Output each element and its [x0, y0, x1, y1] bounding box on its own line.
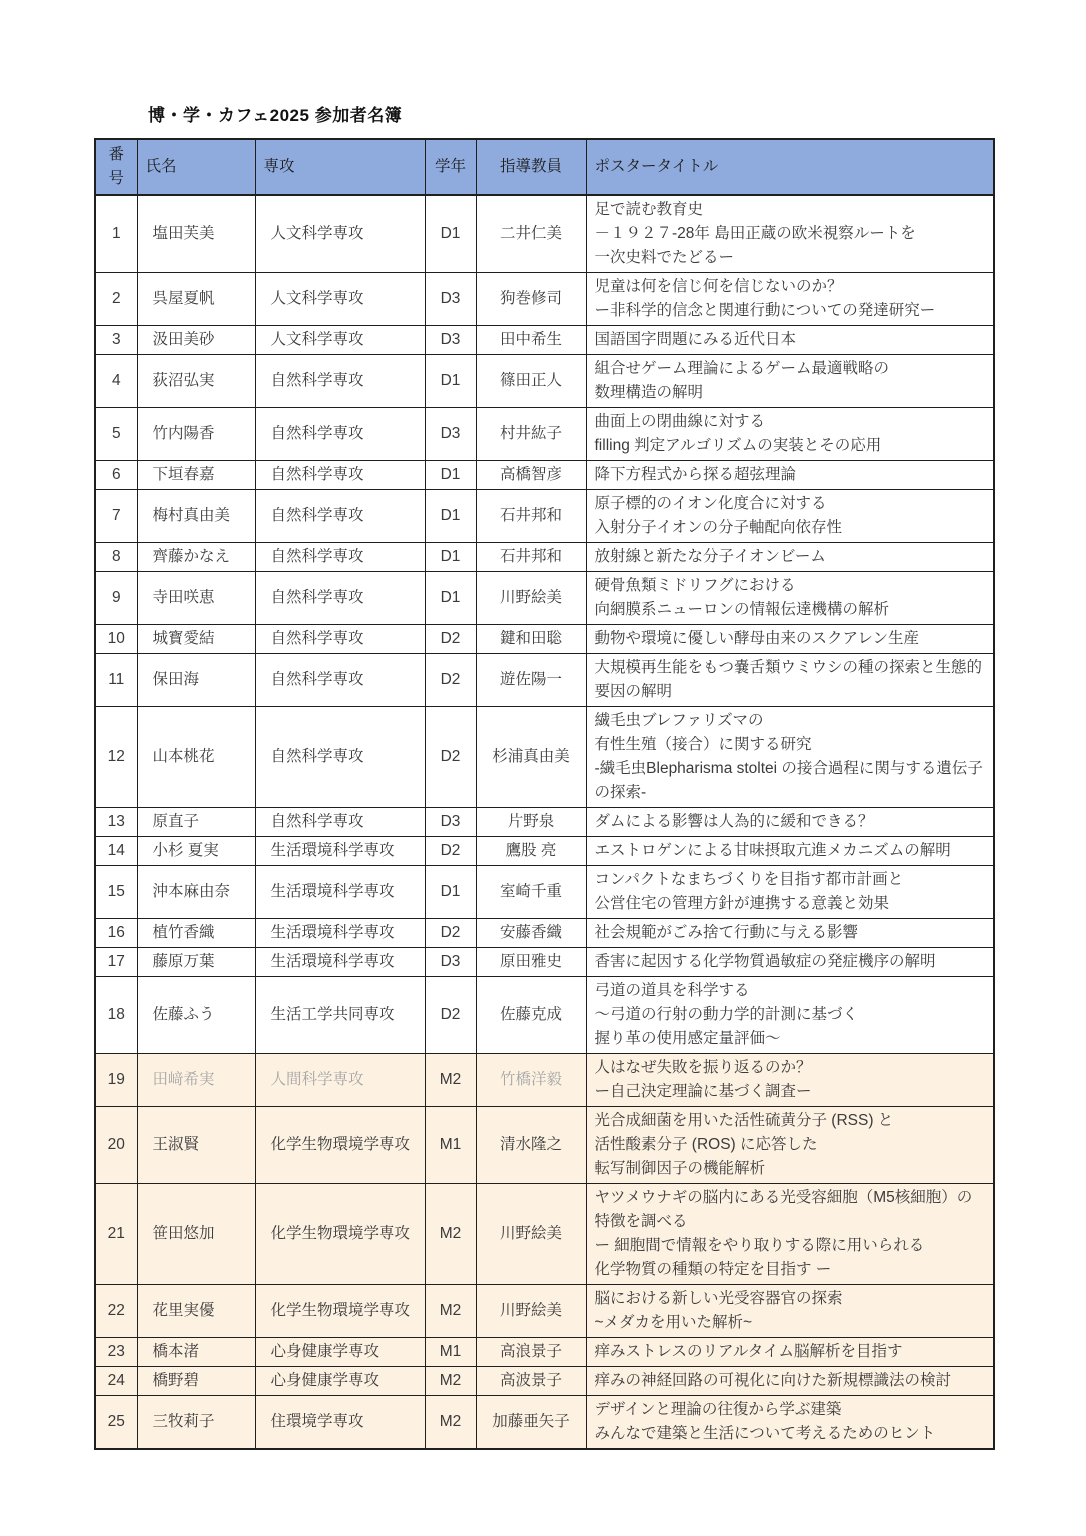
cell-major: 化学生物環境学専攻: [255, 1285, 425, 1338]
cell-major: 生活環境科学専攻: [255, 919, 425, 948]
cell-major: 化学生物環境学専攻: [255, 1184, 425, 1285]
table-row: 13原直子自然科学専攻D3片野泉ダムによる影響は人為的に緩和できる？: [95, 808, 994, 837]
cell-number: 16: [95, 919, 137, 948]
cell-advisor: 竹橋洋毅: [476, 1054, 586, 1107]
cell-poster-title: ダムによる影響は人為的に緩和できる？: [586, 808, 994, 837]
cell-poster-title: 国語国字問題にみる近代日本: [586, 326, 994, 355]
table-row: 3汲田美砂人文科学専攻D3田中希生国語国字問題にみる近代日本: [95, 326, 994, 355]
table-row: 15沖本麻由奈生活環境科学専攻D1室崎千重コンパクトなまちづくりを目指す都市計画…: [95, 866, 994, 919]
header-number: 番号: [95, 139, 137, 195]
cell-major: 自然科学専攻: [255, 654, 425, 707]
cell-poster-title: デザインと理論の往復から学ぶ建築 みんなで建築と生活について考えるためのヒント: [586, 1396, 994, 1450]
table-row: 9寺田咲恵自然科学専攻D1川野絵美硬骨魚類ミドリフグにおける 向網膜系ニューロン…: [95, 572, 994, 625]
cell-name: 花里実優: [137, 1285, 255, 1338]
page-title: 博・学・カフェ2025 参加者名簿: [148, 101, 993, 126]
cell-advisor: 杉浦真由美: [476, 707, 586, 808]
cell-name: 原直子: [137, 808, 255, 837]
header-poster-title: ポスタータイトル: [586, 139, 994, 195]
cell-advisor: 石井邦和: [476, 543, 586, 572]
cell-grade: D3: [425, 326, 476, 355]
cell-number: 13: [95, 808, 137, 837]
table-row: 25三牧莉子住環境学専攻M2加藤亜矢子デザインと理論の往復から学ぶ建築 みんなで…: [95, 1396, 994, 1450]
cell-major: 自然科学専攻: [255, 461, 425, 490]
cell-name: 下垣春嘉: [137, 461, 255, 490]
cell-number: 9: [95, 572, 137, 625]
cell-poster-title: 足で読む教育史 －１９２７-28年 島田正蔵の欧米視察ルートを 一次史料でたどる…: [586, 195, 994, 273]
cell-grade: M1: [425, 1338, 476, 1367]
cell-major: 人文科学専攻: [255, 326, 425, 355]
cell-major: 生活工学共同専攻: [255, 977, 425, 1054]
cell-poster-title: 人はなぜ失敗を振り返るのか？ ー自己決定理論に基づく調査ー: [586, 1054, 994, 1107]
cell-poster-title: 痒みストレスのリアルタイム脳解析を目指す: [586, 1338, 994, 1367]
cell-grade: D1: [425, 461, 476, 490]
cell-name: 齊藤かなえ: [137, 543, 255, 572]
cell-name: 王淑賢: [137, 1107, 255, 1184]
cell-advisor: 川野絵美: [476, 572, 586, 625]
cell-poster-title: 降下方程式から探る超弦理論: [586, 461, 994, 490]
cell-name: 汲田美砂: [137, 326, 255, 355]
cell-number: 14: [95, 837, 137, 866]
cell-number: 2: [95, 273, 137, 326]
cell-number: 7: [95, 490, 137, 543]
cell-poster-title: 大規模再生能をもつ嚢舌類ウミウシの種の探索と生態的要因の解明: [586, 654, 994, 707]
cell-number: 15: [95, 866, 137, 919]
cell-grade: D1: [425, 195, 476, 273]
cell-number: 3: [95, 326, 137, 355]
cell-poster-title: ヤツメウナギの脳内にある光受容細胞（M5核細胞）の 特徴を調べる ー 細胞間で情…: [586, 1184, 994, 1285]
cell-major: 人文科学専攻: [255, 273, 425, 326]
cell-number: 11: [95, 654, 137, 707]
cell-grade: D3: [425, 273, 476, 326]
cell-major: 自然科学専攻: [255, 572, 425, 625]
cell-name: 藤原万葉: [137, 948, 255, 977]
cell-grade: M2: [425, 1285, 476, 1338]
cell-number: 5: [95, 408, 137, 461]
cell-poster-title: エストロゲンによる甘味摂取亢進メカニズムの解明: [586, 837, 994, 866]
cell-grade: D2: [425, 625, 476, 654]
table-row: 24橋野碧心身健康学専攻M2高波景子痒みの神経回路の可視化に向けた新規標識法の検…: [95, 1367, 994, 1396]
cell-advisor: 田中希生: [476, 326, 586, 355]
cell-advisor: 高橋智彦: [476, 461, 586, 490]
cell-name: 荻沼弘実: [137, 355, 255, 408]
cell-poster-title: 曲面上の閉曲線に対する filling 判定アルゴリズムの実装とその応用: [586, 408, 994, 461]
cell-major: 自然科学専攻: [255, 490, 425, 543]
cell-name: 沖本麻由奈: [137, 866, 255, 919]
table-row: 21笹田悠加化学生物環境学専攻M2川野絵美ヤツメウナギの脳内にある光受容細胞（M…: [95, 1184, 994, 1285]
cell-name: 梅村真由美: [137, 490, 255, 543]
cell-advisor: 原田雅史: [476, 948, 586, 977]
cell-grade: D1: [425, 543, 476, 572]
cell-number: 24: [95, 1367, 137, 1396]
cell-name: 橋本渚: [137, 1338, 255, 1367]
table-row: 8齊藤かなえ自然科学専攻D1石井邦和放射線と新たな分子イオンビーム: [95, 543, 994, 572]
table-row: 6下垣春嘉自然科学専攻D1高橋智彦降下方程式から探る超弦理論: [95, 461, 994, 490]
header-advisor: 指導教員: [476, 139, 586, 195]
cell-grade: D2: [425, 707, 476, 808]
roster-document: 博・学・カフェ2025 参加者名簿 番号 氏名 専攻 学年 指導教員 ポスタータ…: [94, 101, 993, 1450]
cell-advisor: 佐藤克成: [476, 977, 586, 1054]
table-row: 10城寳愛結自然科学専攻D2鍵和田聡動物や環境に優しい酵母由来のスクアレン生産: [95, 625, 994, 654]
cell-grade: M2: [425, 1367, 476, 1396]
cell-advisor: 加藤亜矢子: [476, 1396, 586, 1450]
header-name: 氏名: [137, 139, 255, 195]
cell-major: 心身健康学専攻: [255, 1367, 425, 1396]
cell-major: 自然科学専攻: [255, 408, 425, 461]
cell-grade: D1: [425, 866, 476, 919]
cell-advisor: 清水隆之: [476, 1107, 586, 1184]
cell-advisor: 高波景子: [476, 1367, 586, 1396]
cell-advisor: 安藤香織: [476, 919, 586, 948]
cell-number: 8: [95, 543, 137, 572]
cell-poster-title: 硬骨魚類ミドリフグにおける 向網膜系ニューロンの情報伝達機構の解析: [586, 572, 994, 625]
cell-number: 23: [95, 1338, 137, 1367]
cell-poster-title: 組合せゲーム理論によるゲーム最適戦略の 数理構造の解明: [586, 355, 994, 408]
cell-grade: D2: [425, 919, 476, 948]
cell-advisor: 石井邦和: [476, 490, 586, 543]
cell-major: 自然科学専攻: [255, 625, 425, 654]
cell-number: 25: [95, 1396, 137, 1450]
cell-grade: D3: [425, 948, 476, 977]
table-body: 1塩田芙美人文科学専攻D1二井仁美足で読む教育史 －１９２７-28年 島田正蔵の…: [95, 195, 994, 1449]
cell-grade: D1: [425, 490, 476, 543]
cell-name: 呉屋夏帆: [137, 273, 255, 326]
cell-advisor: 室崎千重: [476, 866, 586, 919]
cell-poster-title: 光合成細菌を用いた活性硫黄分子 (RSS) と 活性酸素分子 (ROS) に応答…: [586, 1107, 994, 1184]
cell-number: 10: [95, 625, 137, 654]
cell-name: 保田海: [137, 654, 255, 707]
cell-major: 自然科学専攻: [255, 707, 425, 808]
cell-major: 生活環境科学専攻: [255, 866, 425, 919]
table-row: 11保田海自然科学専攻D2遊佐陽一大規模再生能をもつ嚢舌類ウミウシの種の探索と生…: [95, 654, 994, 707]
cell-poster-title: 動物や環境に優しい酵母由来のスクアレン生産: [586, 625, 994, 654]
table-row: 4荻沼弘実自然科学専攻D1篠田正人組合せゲーム理論によるゲーム最適戦略の 数理構…: [95, 355, 994, 408]
cell-grade: M2: [425, 1054, 476, 1107]
cell-grade: D3: [425, 408, 476, 461]
cell-advisor: 鍵和田聡: [476, 625, 586, 654]
cell-name: 城寳愛結: [137, 625, 255, 654]
header-row: 番号 氏名 専攻 学年 指導教員 ポスタータイトル: [95, 139, 994, 195]
cell-number: 18: [95, 977, 137, 1054]
cell-name: 塩田芙美: [137, 195, 255, 273]
cell-poster-title: 放射線と新たな分子イオンビーム: [586, 543, 994, 572]
cell-major: 住環境学専攻: [255, 1396, 425, 1450]
cell-number: 4: [95, 355, 137, 408]
cell-major: 生活環境科学専攻: [255, 948, 425, 977]
cell-advisor: 篠田正人: [476, 355, 586, 408]
cell-grade: D1: [425, 572, 476, 625]
cell-major: 自然科学専攻: [255, 543, 425, 572]
cell-poster-title: 社会規範がごみ捨て行動に与える影響: [586, 919, 994, 948]
cell-name: 小杉 夏実: [137, 837, 255, 866]
table-row: 18佐藤ふう生活工学共同専攻D2佐藤克成弓道の道具を科学する ～弓道の行射の動力…: [95, 977, 994, 1054]
cell-advisor: 片野泉: [476, 808, 586, 837]
table-row: 14小杉 夏実生活環境科学専攻D2鷹股 亮エストロゲンによる甘味摂取亢進メカニズ…: [95, 837, 994, 866]
cell-name: 橋野碧: [137, 1367, 255, 1396]
table-row: 17藤原万葉生活環境科学専攻D3原田雅史香害に起因する化学物質過敏症の発症機序の…: [95, 948, 994, 977]
cell-advisor: 村井紘子: [476, 408, 586, 461]
cell-name: 笹田悠加: [137, 1184, 255, 1285]
cell-advisor: 高浪景子: [476, 1338, 586, 1367]
cell-major: 自然科学専攻: [255, 808, 425, 837]
cell-major: 自然科学専攻: [255, 355, 425, 408]
cell-number: 22: [95, 1285, 137, 1338]
cell-major: 心身健康学専攻: [255, 1338, 425, 1367]
cell-name: 竹内陽香: [137, 408, 255, 461]
table-row: 23橋本渚心身健康学専攻M1高浪景子痒みストレスのリアルタイム脳解析を目指す: [95, 1338, 994, 1367]
cell-advisor: 川野絵美: [476, 1184, 586, 1285]
cell-grade: D2: [425, 837, 476, 866]
cell-poster-title: 児童は何を信じ何を信じないのか？ ー非科学的信念と関連行動についての発達研究ー: [586, 273, 994, 326]
cell-grade: D3: [425, 808, 476, 837]
cell-advisor: 二井仁美: [476, 195, 586, 273]
cell-advisor: 遊佐陽一: [476, 654, 586, 707]
cell-poster-title: 弓道の道具を科学する ～弓道の行射の動力学的計測に基づく 握り革の使用感定量評価…: [586, 977, 994, 1054]
cell-number: 19: [95, 1054, 137, 1107]
cell-grade: M2: [425, 1396, 476, 1450]
cell-major: 生活環境科学専攻: [255, 837, 425, 866]
table-row: 19田﨑希実人間科学専攻M2竹橋洋毅人はなぜ失敗を振り返るのか？ ー自己決定理論…: [95, 1054, 994, 1107]
cell-name: 山本桃花: [137, 707, 255, 808]
cell-grade: D2: [425, 977, 476, 1054]
cell-advisor: 川野絵美: [476, 1285, 586, 1338]
document-page: 博・学・カフェ2025 参加者名簿 番号 氏名 専攻 学年 指導教員 ポスタータ…: [0, 0, 1086, 1536]
cell-number: 17: [95, 948, 137, 977]
table-row: 7梅村真由美自然科学専攻D1石井邦和原子標的のイオン化度合に対する 入射分子イオ…: [95, 490, 994, 543]
header-grade: 学年: [425, 139, 476, 195]
cell-number: 21: [95, 1184, 137, 1285]
cell-number: 1: [95, 195, 137, 273]
table-row: 2呉屋夏帆人文科学専攻D3狗巻修司児童は何を信じ何を信じないのか？ ー非科学的信…: [95, 273, 994, 326]
table-row: 16植竹香織生活環境科学専攻D2安藤香織社会規範がごみ捨て行動に与える影響: [95, 919, 994, 948]
cell-poster-title: 香害に起因する化学物質過敏症の発症機序の解明: [586, 948, 994, 977]
cell-name: 田﨑希実: [137, 1054, 255, 1107]
cell-advisor: 狗巻修司: [476, 273, 586, 326]
cell-grade: D1: [425, 355, 476, 408]
cell-advisor: 鷹股 亮: [476, 837, 586, 866]
cell-name: 寺田咲恵: [137, 572, 255, 625]
cell-number: 12: [95, 707, 137, 808]
cell-major: 人間科学専攻: [255, 1054, 425, 1107]
table-row: 22花里実優化学生物環境学専攻M2川野絵美脳における新しい光受容器官の探索 ~メ…: [95, 1285, 994, 1338]
table-row: 5竹内陽香自然科学専攻D3村井紘子曲面上の閉曲線に対する filling 判定ア…: [95, 408, 994, 461]
cell-poster-title: 繊毛虫ブレファリズマの 有性生殖（接合）に関する研究 -繊毛虫Blepharis…: [586, 707, 994, 808]
cell-poster-title: 原子標的のイオン化度合に対する 入射分子イオンの分子軸配向依存性: [586, 490, 994, 543]
cell-grade: M2: [425, 1184, 476, 1285]
table-row: 1塩田芙美人文科学専攻D1二井仁美足で読む教育史 －１９２７-28年 島田正蔵の…: [95, 195, 994, 273]
cell-grade: M1: [425, 1107, 476, 1184]
cell-number: 6: [95, 461, 137, 490]
cell-number: 20: [95, 1107, 137, 1184]
cell-major: 化学生物環境学専攻: [255, 1107, 425, 1184]
cell-poster-title: 脳における新しい光受容器官の探索 ~メダカを用いた解析~: [586, 1285, 994, 1338]
table-row: 12山本桃花自然科学専攻D2杉浦真由美繊毛虫ブレファリズマの 有性生殖（接合）に…: [95, 707, 994, 808]
table-row: 20王淑賢化学生物環境学専攻M1清水隆之光合成細菌を用いた活性硫黄分子 (RSS…: [95, 1107, 994, 1184]
cell-name: 佐藤ふう: [137, 977, 255, 1054]
cell-poster-title: 痒みの神経回路の可視化に向けた新規標識法の検討: [586, 1367, 994, 1396]
table-header: 番号 氏名 専攻 学年 指導教員 ポスタータイトル: [95, 139, 994, 195]
header-major: 専攻: [255, 139, 425, 195]
cell-poster-title: コンパクトなまちづくりを目指す都市計画と 公営住宅の管理方針が連携する意義と効果: [586, 866, 994, 919]
cell-name: 植竹香織: [137, 919, 255, 948]
participants-table: 番号 氏名 専攻 学年 指導教員 ポスタータイトル 1塩田芙美人文科学専攻D1二…: [94, 138, 995, 1450]
cell-grade: D2: [425, 654, 476, 707]
cell-name: 三牧莉子: [137, 1396, 255, 1450]
cell-major: 人文科学専攻: [255, 195, 425, 273]
